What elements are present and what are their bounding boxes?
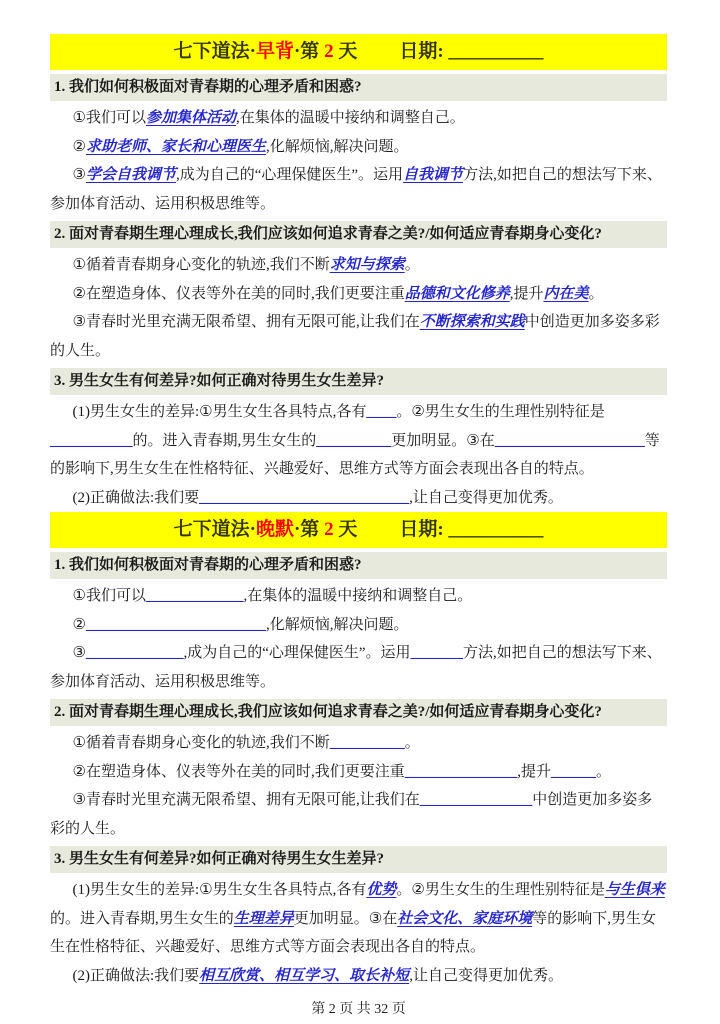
fill-in-blank: __________ <box>316 433 391 449</box>
header-course-title: 七下道法 <box>174 519 250 540</box>
text-segment: ② <box>73 617 86 633</box>
fill-in-blank: ______ <box>551 764 596 780</box>
text-segment: 。②男生女生的生理性别特征是 <box>396 882 604 898</box>
answer-line: (2)正确做法:我们要相互欣赏、相互学习、取长补短,让自己变得更加优秀。 <box>50 962 667 991</box>
answer-text: 优势 <box>366 882 396 898</box>
header-day-number: 2 <box>324 519 334 540</box>
answer-line: ③青春时光里充满无限希望、拥有无限可能,让我们在_______________中… <box>50 786 667 843</box>
text-segment: ,提升 <box>510 286 544 302</box>
answer-text: 与生俱来 <box>605 882 665 898</box>
answer-line: (1)男生女生的差异:①男生女生各具特点,各有优势。②男生女生的生理性别特征是与… <box>50 876 667 962</box>
answer-line: ②在塑造身体、仪表等外在美的同时,我们更要注重品德和文化修养,提升内在美。 <box>50 280 667 309</box>
header-mode: 早背 <box>256 41 294 62</box>
text-segment: (1)男生女生的差异:①男生女生各具特点,各有 <box>73 404 367 420</box>
text-segment: (1)男生女生的差异:①男生女生各具特点,各有 <box>73 882 367 898</box>
answer-line: (1)男生女生的差异:①男生女生各具特点,各有____。②男生女生的生理性别特征… <box>50 398 667 484</box>
header-day-number: 2 <box>324 41 334 62</box>
question-bar-1: 1. 我们如何积极面对青春期的心理矛盾和困惑? <box>50 74 667 101</box>
header-date-label: 日期: <box>399 519 443 540</box>
fill-in-blank: _______________ <box>420 792 533 808</box>
answer-text: 学会自我调节 <box>86 167 176 183</box>
answer-text: 自我调节 <box>403 167 463 183</box>
text-segment: ①我们可以 <box>73 110 146 126</box>
question-bar-2: 2. 面对青春期生理心理成长,我们应该如何追求青春之美?/如何适应青春期身心变化… <box>50 699 667 726</box>
answer-line: ③学会自我调节,成为自己的“心理保健医生”。运用自我调节方法,如把自己的想法写下… <box>50 161 667 218</box>
page-number: 第 2 页 共 32 页 <box>311 1002 406 1017</box>
text-segment: ② <box>73 139 86 155</box>
text-segment: ,化解烦恼,解决问题。 <box>266 617 409 633</box>
answer-text: 品德和文化修养 <box>405 286 510 302</box>
text-segment: ,让自己变得更加优秀。 <box>409 490 563 506</box>
answer-line: ①循着青春期身心变化的轨迹,我们不断__________。 <box>50 729 667 758</box>
text-segment: ①我们可以 <box>73 588 146 604</box>
text-segment: 的。进入青春期,男生女生的 <box>50 911 234 927</box>
answer-line: ③_____________,成为自己的“心理保健医生”。运用_______方法… <box>50 639 667 696</box>
answer-line: (2)正确做法:我们要____________________________,… <box>50 484 667 513</box>
header-day-prefix: ·第 <box>294 41 324 62</box>
question-bar-2: 2. 面对青春期生理心理成长,我们应该如何追求青春之美?/如何适应青春期身心变化… <box>50 221 667 248</box>
header-day-suffix: 天 <box>334 519 358 540</box>
text-segment: ,化解烦恼,解决问题。 <box>266 139 409 155</box>
text-segment: ,成为自己的“心理保健医生”。运用 <box>183 645 410 661</box>
fill-in-blank: ____ <box>366 404 396 420</box>
worksheet-page: 七下道法·早背·第 2 天日期: __________ 1. 我们如何积极面对青… <box>0 0 720 1024</box>
text-segment: 。 <box>405 257 420 273</box>
header-date-blank: __________ <box>448 41 543 62</box>
answer-text: 相互欣赏、相互学习、取长补短 <box>199 968 409 984</box>
fill-in-blank: ___________ <box>50 433 133 449</box>
fill-in-blank: ____________________________ <box>199 490 409 506</box>
text-segment: ,提升 <box>517 764 551 780</box>
text-segment: ③青春时光里充满无限希望、拥有无限可能,让我们在 <box>73 792 420 808</box>
text-segment: ③ <box>73 167 86 183</box>
question-title: 1. 我们如何积极面对青春期的心理矛盾和困惑? <box>54 557 362 573</box>
text-segment: 。 <box>589 286 604 302</box>
section1-header: 七下道法·早背·第 2 天日期: __________ <box>50 34 667 70</box>
answer-line: ②求助老师、家长和心理医生,化解烦恼,解决问题。 <box>50 133 667 162</box>
question-title: 3. 男生女生有何差异?如何正确对待男生女生差异? <box>54 851 384 867</box>
text-segment: ,在集体的温暖中接纳和调整自己。 <box>236 110 465 126</box>
answer-line: ①我们可以参加集体活动,在集体的温暖中接纳和调整自己。 <box>50 104 667 133</box>
text-segment: ①循着青春期身心变化的轨迹,我们不断 <box>73 257 330 273</box>
fill-in-blank: __________ <box>330 735 405 751</box>
text-segment: 。②男生女生的生理性别特征是 <box>396 404 604 420</box>
text-segment: ②在塑造身体、仪表等外在美的同时,我们更要注重 <box>73 286 405 302</box>
question-title: 2. 面对青春期生理心理成长,我们应该如何追求青春之美?/如何适应青春期身心变化… <box>54 704 602 720</box>
header-mode: 晚默 <box>256 519 294 540</box>
fill-in-blank: ________________________ <box>86 617 266 633</box>
answer-line: ②在塑造身体、仪表等外在美的同时,我们更要注重_______________,提… <box>50 758 667 787</box>
text-segment: 更加明显。③在 <box>391 433 494 449</box>
answer-line: ①我们可以_____________,在集体的温暖中接纳和调整自己。 <box>50 582 667 611</box>
question-bar-3: 3. 男生女生有何差异?如何正确对待男生女生差异? <box>50 846 667 873</box>
header-date-blank: __________ <box>448 519 543 540</box>
answer-text: 内在美 <box>543 286 588 302</box>
question-title: 3. 男生女生有何差异?如何正确对待男生女生差异? <box>54 373 384 389</box>
text-segment: 的。进入青春期,男生女生的 <box>133 433 317 449</box>
text-segment: ,让自己变得更加优秀。 <box>409 968 563 984</box>
answer-text: 生理差异 <box>234 911 294 927</box>
question-bar-3: 3. 男生女生有何差异?如何正确对待男生女生差异? <box>50 368 667 395</box>
text-segment: ②在塑造身体、仪表等外在美的同时,我们更要注重 <box>73 764 405 780</box>
answer-line: ①循着青春期身心变化的轨迹,我们不断求知与探索。 <box>50 251 667 280</box>
header-course-title: 七下道法 <box>174 41 250 62</box>
answer-text: 求助老师、家长和心理医生 <box>86 139 266 155</box>
text-segment: 。 <box>405 735 420 751</box>
question-title: 2. 面对青春期生理心理成长,我们应该如何追求青春之美?/如何适应青春期身心变化… <box>54 226 602 242</box>
answer-text: 不断探索和实践 <box>420 314 525 330</box>
text-segment: ,成为自己的“心理保健医生”。运用 <box>176 167 403 183</box>
answer-text: 求知与探索 <box>330 257 405 273</box>
question-title: 1. 我们如何积极面对青春期的心理矛盾和困惑? <box>54 79 362 95</box>
answer-text: 社会文化、家庭环境 <box>397 911 532 927</box>
fill-in-blank: ____________________ <box>495 433 645 449</box>
fill-in-blank: _____________ <box>86 645 184 661</box>
answer-line: ③青春时光里充满无限希望、拥有无限可能,让我们在不断探索和实践中创造更加多姿多彩… <box>50 308 667 365</box>
header-day-prefix: ·第 <box>294 519 324 540</box>
text-segment: ,在集体的温暖中接纳和调整自己。 <box>243 588 472 604</box>
fill-in-blank: _______________ <box>405 764 518 780</box>
text-segment: ③ <box>73 645 86 661</box>
text-segment: ③青春时光里充满无限希望、拥有无限可能,让我们在 <box>73 314 420 330</box>
fill-in-blank: _______ <box>411 645 464 661</box>
answer-line: ②________________________,化解烦恼,解决问题。 <box>50 611 667 640</box>
text-segment: (2)正确做法:我们要 <box>73 490 200 506</box>
answer-text: 参加集体活动 <box>146 110 236 126</box>
header-day-suffix: 天 <box>334 41 358 62</box>
section2-header: 七下道法·晚默·第 2 天日期: __________ <box>50 512 667 548</box>
text-segment: ①循着青春期身心变化的轨迹,我们不断 <box>73 735 330 751</box>
text-segment: 。 <box>596 764 611 780</box>
fill-in-blank: _____________ <box>146 588 244 604</box>
text-segment: 更加明显。③在 <box>294 911 397 927</box>
question-bar-1: 1. 我们如何积极面对青春期的心理矛盾和困惑? <box>50 552 667 579</box>
text-segment: (2)正确做法:我们要 <box>73 968 200 984</box>
page-footer: 第 2 页 共 32 页 <box>50 998 667 1018</box>
header-date-label: 日期: <box>399 41 443 62</box>
